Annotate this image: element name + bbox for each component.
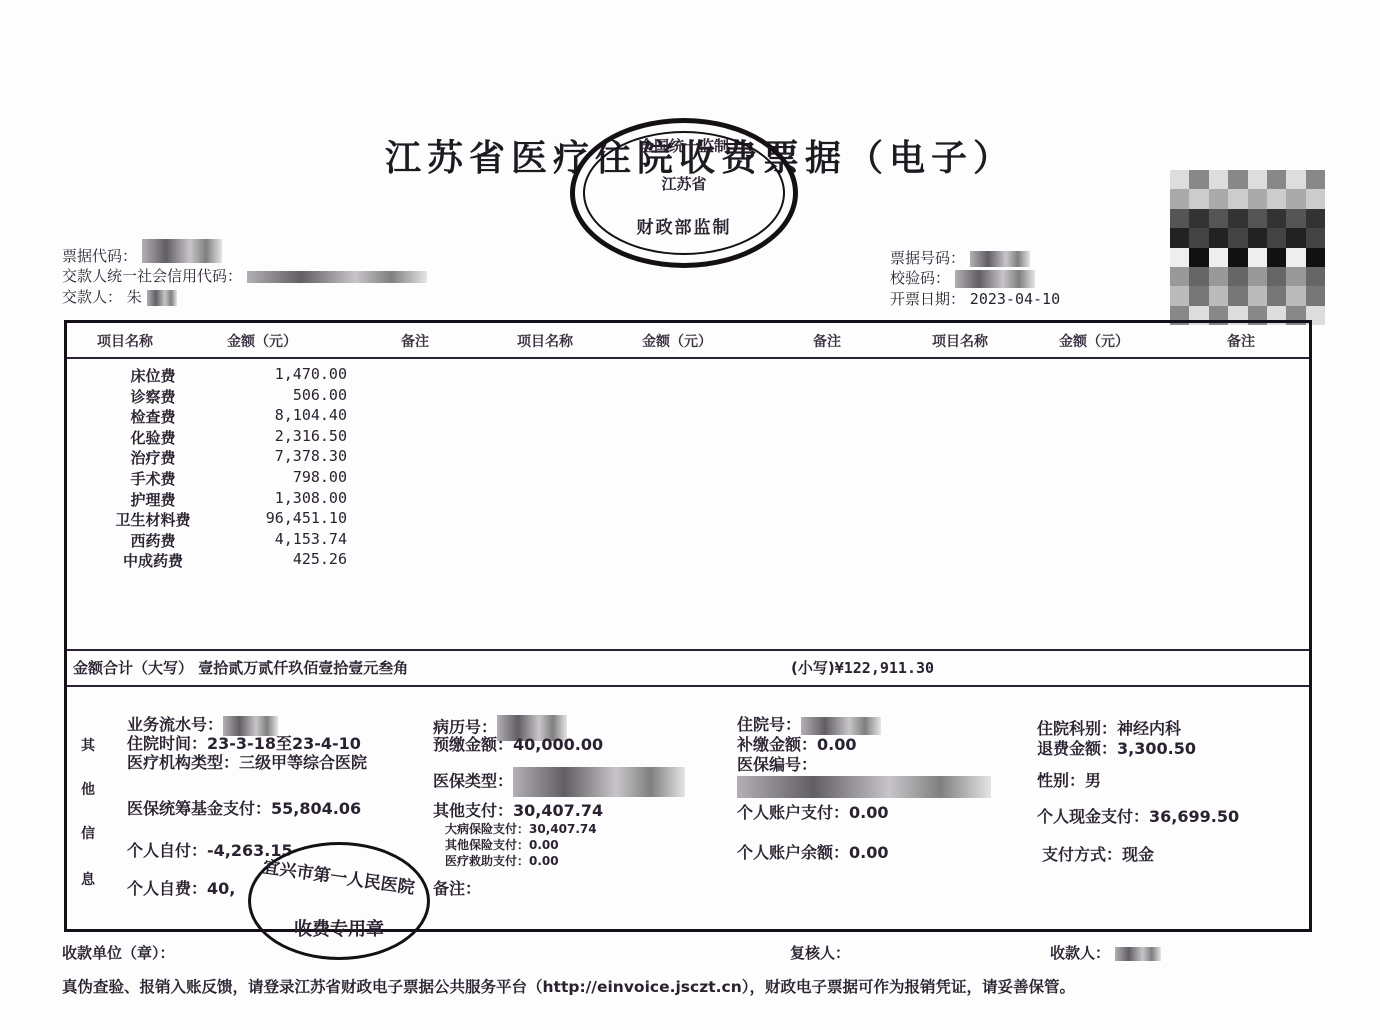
hospital-stamp: 宜兴市第一人民医院 收费专用章 — [248, 842, 430, 960]
verification-notice: 真伪查验、报销入账反馈，请登录江苏省财政电子票据公共服务平台（http://ei… — [62, 975, 1075, 997]
redacted-credit-code — [247, 271, 427, 283]
fee-item-name: 床位费 — [93, 365, 213, 386]
redacted-collector — [1115, 947, 1161, 961]
bill-number-label: 票据号码： — [890, 249, 965, 267]
fee-item-amount: 7,378.30 — [207, 447, 347, 465]
fee-item-amount: 1,470.00 — [207, 365, 347, 383]
fee-item-name: 手术费 — [93, 468, 213, 489]
total-lower-label: (小写) — [791, 659, 835, 677]
fee-item-amount: 1,308.00 — [207, 489, 347, 507]
check-code: 校验码： — [890, 268, 1035, 288]
fee-item-amount: 4,153.74 — [207, 530, 347, 548]
pay-method: 支付方式：现金 — [1042, 845, 1154, 864]
fee-item-amount: 2,316.50 — [207, 427, 347, 445]
refund: 退费金额：3,300.50 — [1037, 739, 1196, 758]
bill-number: 票据号码： — [890, 248, 1030, 268]
fee-item-name: 化验费 — [93, 427, 213, 448]
redacted-insurance-no — [737, 776, 991, 798]
insurance-no: 医保编号： — [737, 755, 817, 774]
header-remark-1: 备注 — [401, 331, 429, 351]
serious-illness-pay: 大病保险支付：30,407.74 — [445, 821, 597, 837]
header-amount-3: 金额（元） — [1059, 331, 1129, 351]
qr-code-redacted — [1170, 170, 1325, 325]
total-lower-value: ¥122,911.30 — [835, 659, 934, 677]
business-no: 业务流水号： — [127, 715, 278, 736]
fee-item-amount: 8,104.40 — [207, 406, 347, 424]
issue-date: 开票日期： 2023-04-10 — [890, 289, 1060, 309]
medical-aid-pay: 医疗救助支付：0.00 — [445, 853, 559, 869]
payer-credit-code-label: 交款人统一社会信用代码： — [62, 267, 242, 285]
fee-item-name: 诊察费 — [93, 386, 213, 407]
bill-code-label: 票据代码： — [62, 247, 137, 265]
total-upper-value: 壹拾贰万贰仟玖佰壹拾壹元叁角 — [198, 659, 408, 677]
redacted-bill-number — [970, 251, 1030, 267]
redacted-check-code — [955, 270, 1035, 288]
collector-label: 收款人： — [1050, 944, 1110, 962]
inpatient-no: 住院号： — [737, 715, 881, 735]
fee-item-name: 中成药费 — [93, 550, 213, 571]
department: 住院科别：神经内科 — [1037, 719, 1181, 738]
collector: 收款人： — [1050, 942, 1161, 963]
redacted-bill-code — [142, 239, 222, 263]
other-insurance-pay: 其他保险支付：0.00 — [445, 837, 559, 853]
fee-item-amount: 425.26 — [207, 550, 347, 568]
supplement: 补缴金额：0.00 — [737, 735, 857, 754]
issue-date-label: 开票日期： — [890, 290, 965, 308]
fee-item-name: 检查费 — [93, 406, 213, 427]
header-remark-2: 备注 — [813, 331, 841, 351]
prepaid: 预缴金额：40,000.00 — [433, 735, 603, 754]
reviewer-label: 复核人： — [790, 942, 850, 963]
hospital-stamp-purpose: 收费专用章 — [251, 915, 427, 941]
personal-account-balance: 个人账户余额：0.00 — [737, 843, 889, 862]
payer-credit-code: 交款人统一社会信用代码： — [62, 266, 427, 286]
header-item-name-1: 项目名称 — [97, 331, 153, 351]
supervision-stamp: 全国统一监制 江苏省 财政部监制 — [570, 118, 798, 268]
receipt-table-frame: 项目名称 金额（元） 备注 项目名称 金额（元） 备注 项目名称 金额（元） 备… — [64, 320, 1312, 932]
header-item-name-2: 项目名称 — [517, 331, 573, 351]
check-code-label: 校验码： — [890, 269, 950, 287]
other-pay: 其他支付：30,407.74 — [433, 801, 603, 820]
fee-item-amount: 96,451.10 — [207, 509, 347, 527]
total-upper-label: 金额合计（大写） — [73, 659, 193, 677]
redacted-payer — [147, 290, 177, 306]
hospital-stamp-name: 宜兴市第一人民医院 — [250, 851, 428, 900]
insurance-type: 医保类型： — [433, 767, 685, 797]
total-lower: (小写)¥122,911.30 — [791, 657, 934, 678]
stamp-line-1: 全国统一监制 — [575, 135, 793, 156]
fee-item-amount: 506.00 — [207, 386, 347, 404]
fee-item-name: 治疗费 — [93, 447, 213, 468]
bill-code: 票据代码： — [62, 246, 222, 266]
side-label-2: 他 — [81, 779, 95, 799]
remark: 备注： — [433, 879, 481, 898]
side-label-1: 其 — [81, 735, 95, 755]
payer-value: 朱 — [127, 288, 142, 306]
institution-type: 医疗机构类型：三级甲等综合医院 — [127, 753, 367, 772]
payee-unit-label: 收款单位（章）： — [62, 942, 175, 963]
self-expense: 个人自费：40, — [127, 879, 235, 898]
cash-pay: 个人现金支付：36,699.50 — [1037, 807, 1239, 826]
gender: 性别：男 — [1037, 771, 1101, 790]
side-label-4: 息 — [81, 869, 95, 889]
fee-item-name: 西药费 — [93, 530, 213, 551]
issue-date-value: 2023-04-10 — [970, 290, 1060, 308]
stay-period: 住院时间：23-3-18至23-4-10 — [127, 734, 361, 753]
header-amount-1: 金额（元） — [227, 331, 297, 351]
header-amount-2: 金额（元） — [642, 331, 712, 351]
personal-account-pay: 个人账户支付：0.00 — [737, 803, 889, 822]
fee-item-amount: 798.00 — [207, 468, 347, 486]
stamp-line-3: 财政部监制 — [575, 213, 793, 238]
fee-item-name: 护理费 — [93, 489, 213, 510]
payer: 交款人： 朱 — [62, 287, 177, 307]
pooled-fund: 医保统筹基金支付：55,804.06 — [127, 799, 361, 818]
stamp-line-2: 江苏省 — [575, 173, 793, 194]
fee-item-name: 卫生材料费 — [93, 509, 213, 530]
total-upper: 金额合计（大写） 壹拾贰万贰仟玖佰壹拾壹元叁角 — [73, 657, 408, 678]
payer-label: 交款人： — [62, 288, 122, 306]
header-item-name-3: 项目名称 — [932, 331, 988, 351]
side-label-3: 信 — [81, 823, 95, 843]
header-remark-3: 备注 — [1227, 331, 1255, 351]
